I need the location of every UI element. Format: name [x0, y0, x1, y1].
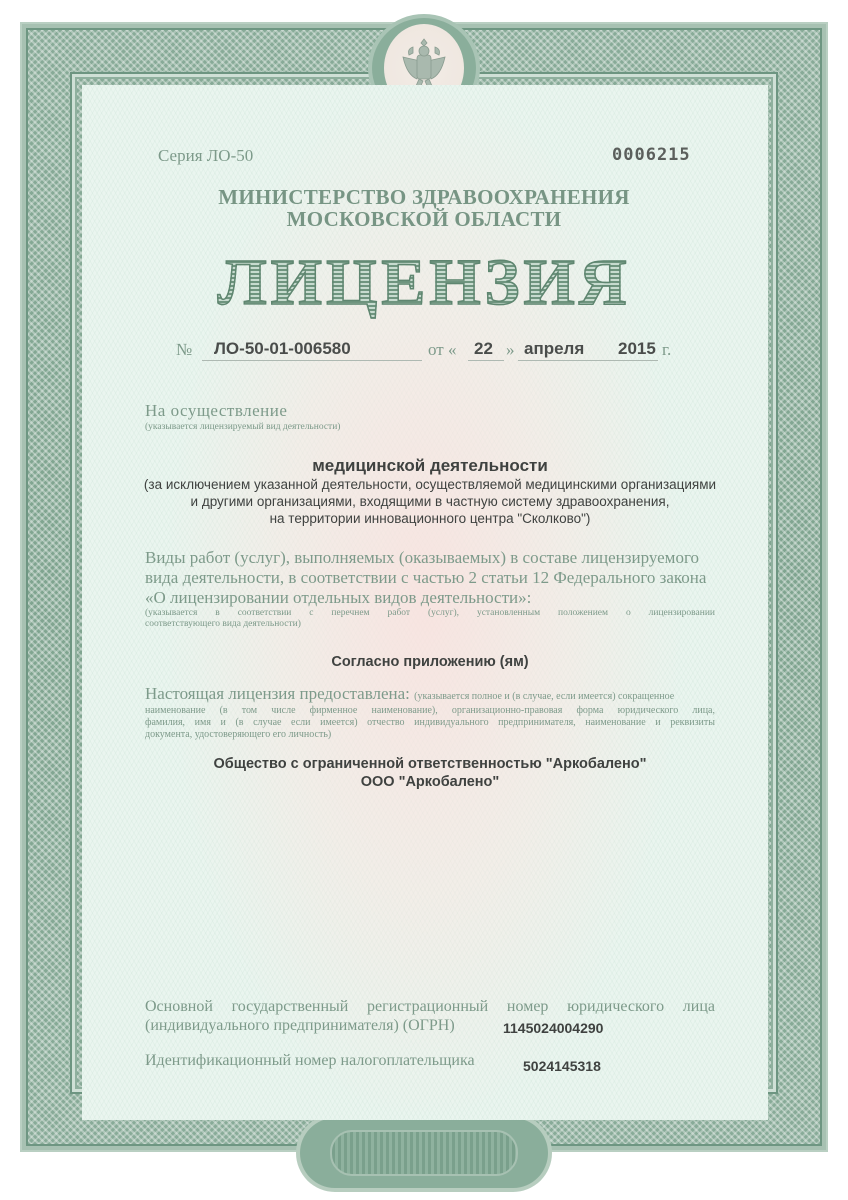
licensee-hint-first: (указывается полное и (в случае, если им…: [414, 691, 674, 702]
licensee-full-name: Общество с ограниченной ответственностью…: [140, 756, 720, 772]
license-number: ЛО-50-01-006580: [214, 339, 351, 359]
ogrn-label-line1: Основной государственный регистрационный…: [145, 997, 715, 1017]
licensee-short-name: ООО "Аркобалено": [140, 774, 720, 790]
date-from-label: от «: [428, 340, 456, 360]
activity-hint: (указывается лицензируемый вид деятельно…: [145, 422, 340, 432]
ogrn-value: 1145024004290: [503, 1020, 603, 1036]
year-suffix: г.: [662, 340, 671, 360]
number-sign: №: [176, 340, 192, 360]
works-label-line: «О лицензировании отдельных видов деятел…: [145, 588, 715, 608]
ogrn-label-line2: (индивидуального предпринимателя) (ОГРН): [145, 1017, 455, 1035]
licensee-label: Настоящая лицензия предоставлена:: [145, 684, 410, 703]
month-year-underline: [518, 360, 658, 361]
form-number: 0006215: [612, 145, 691, 165]
license-number-underline: [202, 360, 422, 361]
license-day: 22: [474, 339, 493, 359]
inn-value: 5024145318: [523, 1058, 601, 1074]
document-title: ЛИЦЕНЗИЯ: [140, 245, 708, 321]
activity-label: На осуществление: [145, 401, 287, 421]
works-hint-line: (указывается в соответствии с перечнем р…: [145, 608, 715, 619]
series-label: Серия ЛО-50: [158, 146, 253, 166]
licensee-hint-line: документа, удостоверяющего его личность): [145, 729, 715, 741]
activity-detail-line: и другими организациями, входящими в час…: [120, 493, 740, 510]
cartouche-guilloche: [330, 1130, 518, 1176]
license-year: 2015: [618, 339, 656, 359]
licensee-hint-line: фамилия, имя и (в случае если имеется) о…: [145, 717, 715, 729]
activity-detail-line: на территории инновационного центра "Ско…: [120, 510, 740, 527]
activity-name: медицинской деятельности: [120, 456, 740, 476]
day-underline: [468, 360, 504, 361]
works-hint-line: соответствующего вида деятельности): [145, 619, 715, 630]
licensee-label-row: Настоящая лицензия предоставлена: (указы…: [145, 684, 715, 704]
bottom-cartouche-ornament: [300, 1118, 548, 1188]
works-label-line: Виды работ (услуг), выполняемых (оказыва…: [145, 548, 715, 568]
activity-detail-line: (за исключением указанной деятельности, …: [120, 476, 740, 493]
ministry-name-line2: МОСКОВСКОЙ ОБЛАСТИ: [140, 207, 708, 232]
inn-label: Идентификационный номер налогоплательщик…: [145, 1052, 475, 1070]
license-month: апреля: [524, 339, 584, 359]
works-value: Согласно приложению (ям): [140, 654, 720, 670]
licensee-hint-line: наименование (в том числе фирменное наим…: [145, 705, 715, 717]
date-quote-close: »: [506, 340, 515, 360]
works-label-line: вида деятельности, в соответствии с част…: [145, 568, 715, 588]
